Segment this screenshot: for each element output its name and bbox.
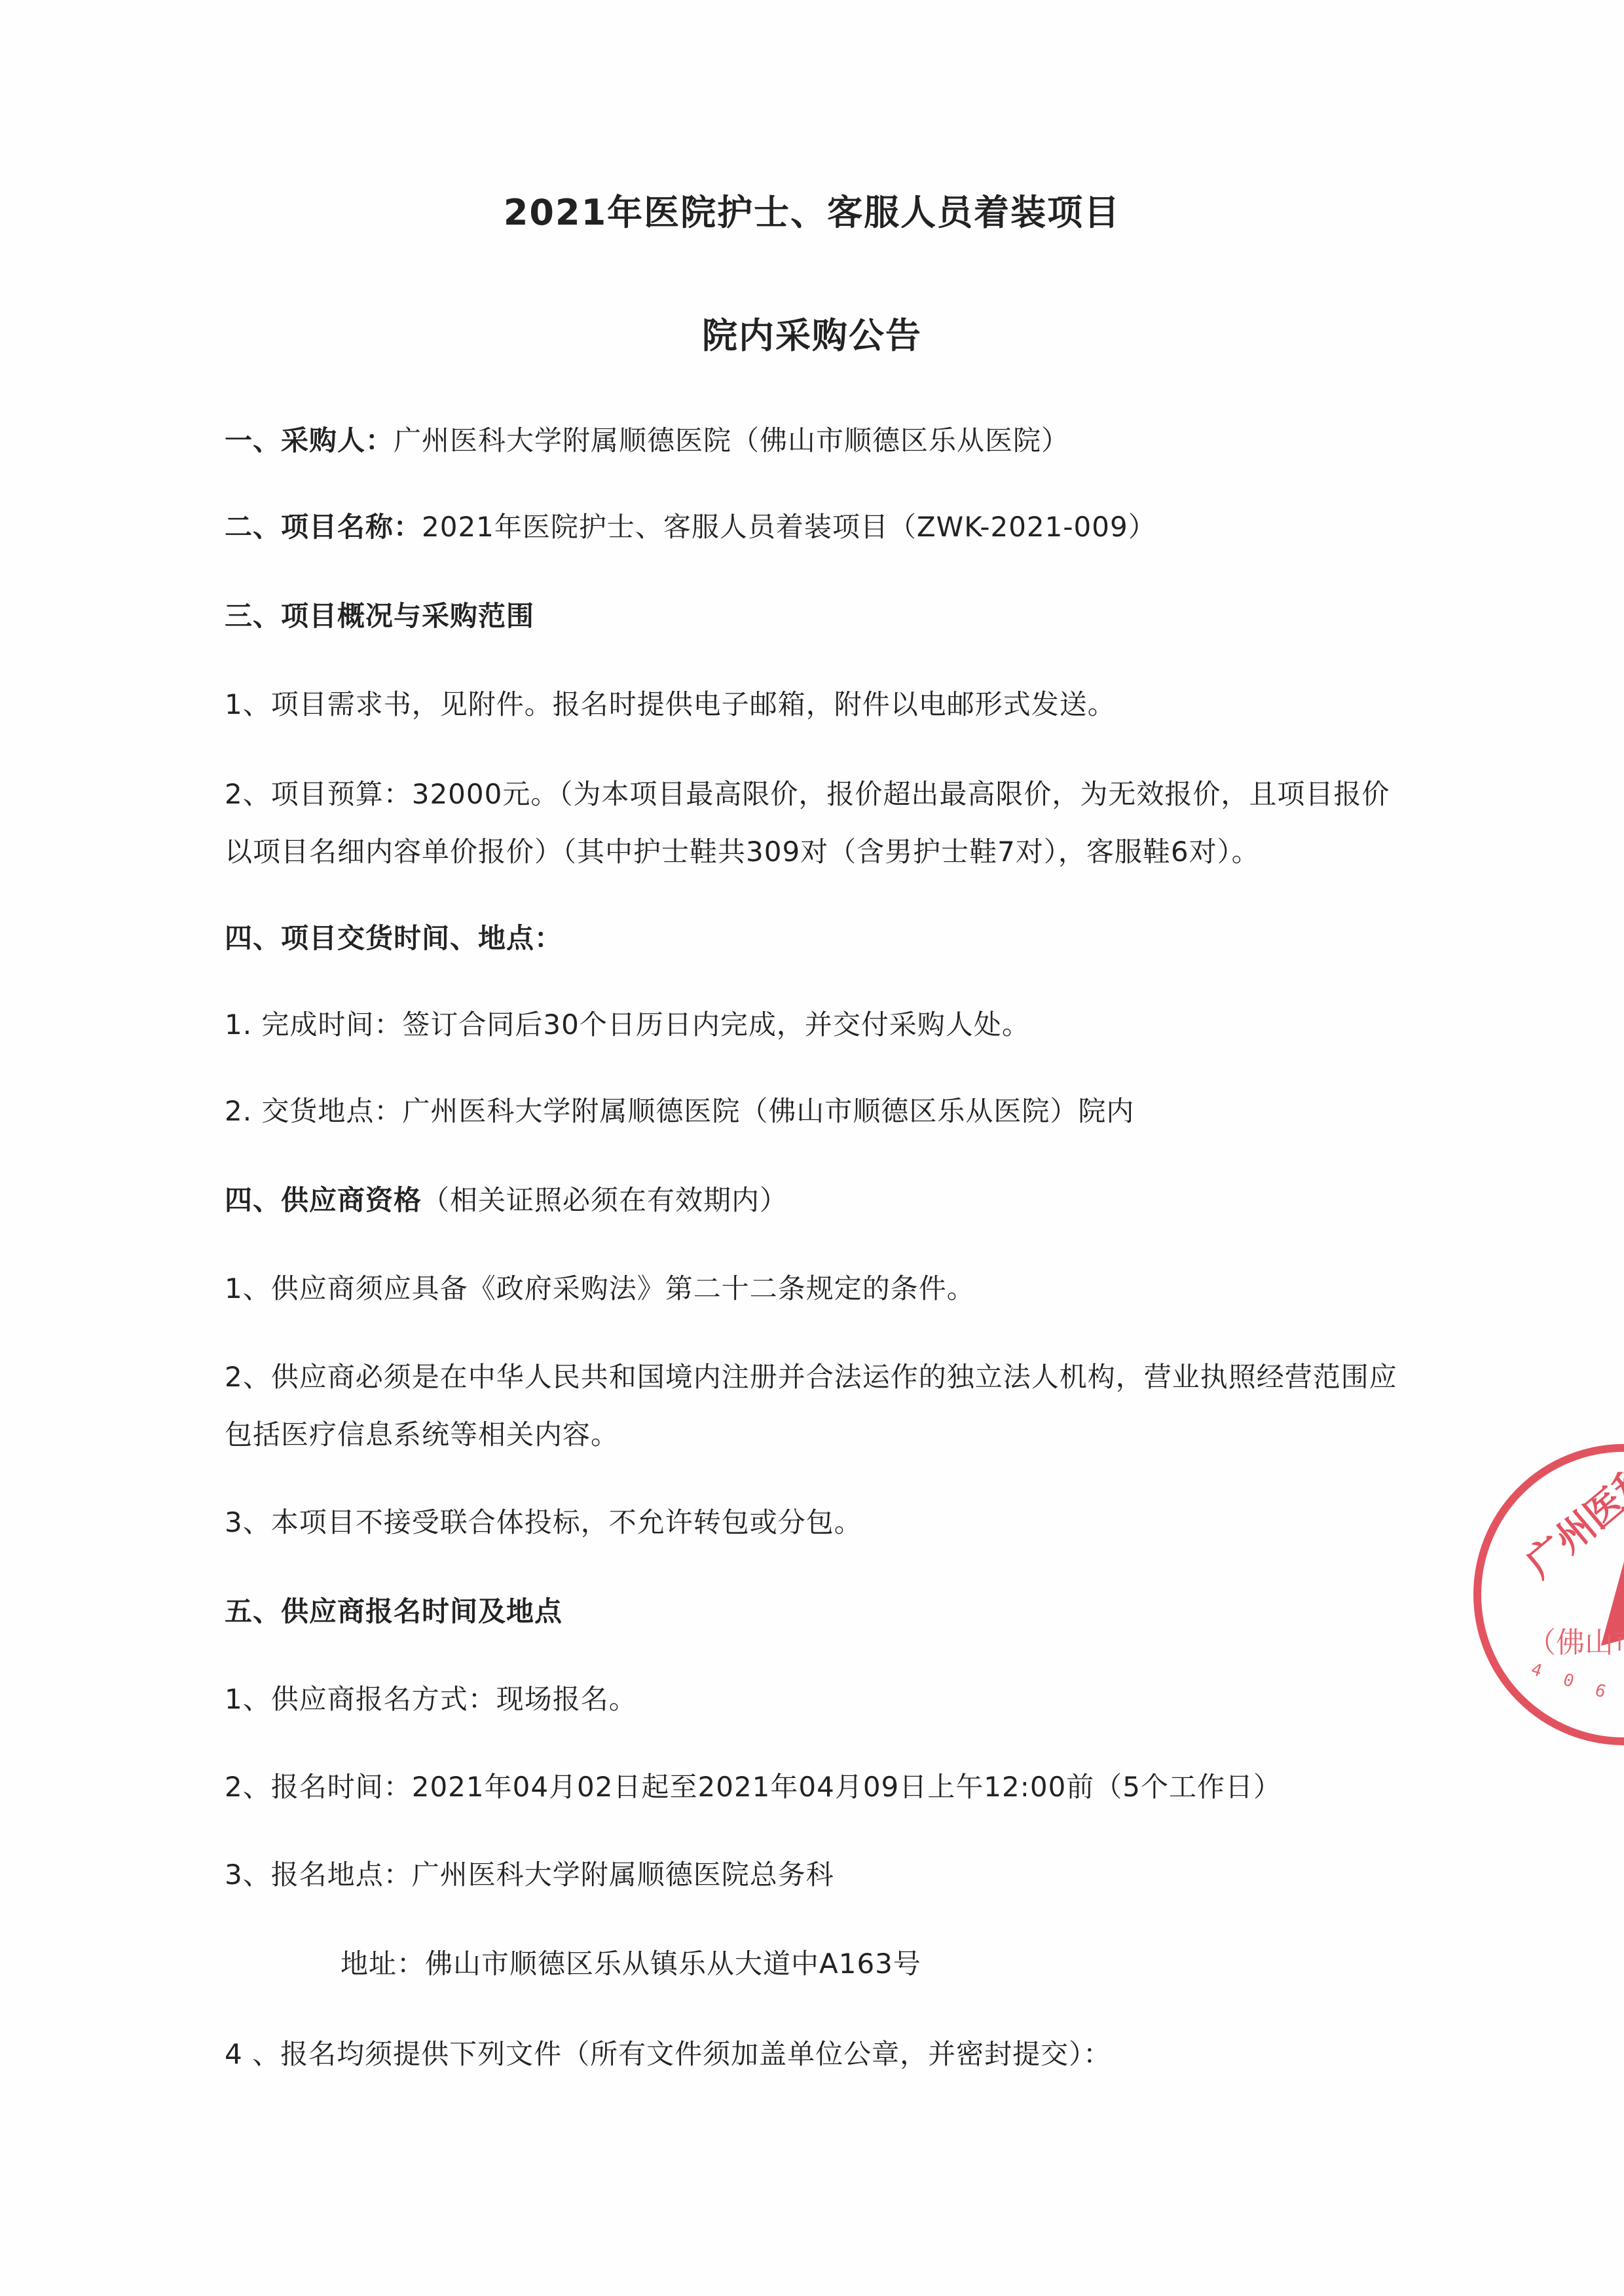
official-seal-stamp: 广州医科大 （佛山市顺 4 0 6 0 6 9 — [1473, 1444, 1624, 1745]
qualification-heading-note: （相关证照必须在有效期内） — [422, 1184, 788, 1216]
project-name-line: 二、项目名称：2021年医院护士、客服人员着装项目（ZWK-2021-009） — [225, 506, 1156, 545]
delivery-heading: 四、项目交货时间、地点： — [225, 917, 563, 956]
delivery-item-2: 2. 交货地点：广州医科大学附属顺德医院（佛山市顺德区乐从医院）院内 — [225, 1090, 1134, 1129]
qualification-item-1: 1、供应商须应具备《政府采购法》第二十二条规定的条件。 — [225, 1267, 975, 1306]
purchaser-line: 一、采购人：广州医科大学附属顺德医院（佛山市顺德区乐从医院） — [225, 419, 1069, 458]
qualification-item-3: 3、本项目不接受联合体投标，不允许转包或分包。 — [225, 1501, 862, 1540]
overview-item-2-line-1: 2、项目预算：32000元。（为本项目最高限价，报价超出最高限价，为无效报价，且… — [225, 773, 1390, 812]
document-title: 2021年医院护士、客服人员着装项目 — [0, 185, 1624, 235]
purchaser-label: 一、采购人： — [225, 424, 394, 456]
registration-item-3: 3、报名地点：广州医科大学附属顺德医院总务科 — [225, 1853, 834, 1893]
project-name-value: 2021年医院护士、客服人员着装项目（ZWK-2021-009） — [422, 511, 1156, 543]
registration-address: 地址：佛山市顺德区乐从镇乐从大道中A163号 — [341, 1942, 921, 1982]
overview-item-1: 1、项目需求书，见附件。报名时提供电子邮箱，附件以电邮形式发送。 — [225, 683, 1116, 722]
registration-item-1: 1、供应商报名方式：现场报名。 — [225, 1678, 637, 1717]
registration-item-2: 2、报名时间：2021年04月02日起至2021年04月09日上午12:00前（… — [225, 1766, 1282, 1805]
qualification-heading-line: 四、供应商资格（相关证照必须在有效期内） — [225, 1179, 788, 1218]
seal-number: 4 0 6 0 6 9 — [1528, 1659, 1624, 1735]
document-page: 2021年医院护士、客服人员着装项目 院内采购公告 一、采购人：广州医科大学附属… — [0, 0, 1624, 2296]
qualification-item-2-line-1: 2、供应商必须是在中华人民共和国境内注册并合法运作的独立法人机构，营业执照经营范… — [225, 1356, 1397, 1395]
overview-heading: 三、项目概况与采购范围 — [225, 595, 534, 634]
registration-item-4: 4 、报名均须提供下列文件（所有文件须加盖单位公章，并密封提交）： — [225, 2033, 1111, 2072]
delivery-item-1: 1. 完成时间：签订合同后30个日历日内完成，并交付采购人处。 — [225, 1003, 1030, 1043]
overview-item-2-line-2: 以项目名细内容单价报价）（其中护士鞋共309对（含男护士鞋7对），客服鞋6对）。 — [225, 830, 1260, 870]
document-subtitle: 院内采购公告 — [0, 308, 1624, 358]
registration-heading: 五、供应商报名时间及地点 — [225, 1590, 563, 1629]
qualification-item-2-line-2: 包括医疗信息系统等相关内容。 — [225, 1413, 619, 1453]
project-name-label: 二、项目名称： — [225, 511, 422, 543]
purchaser-value: 广州医科大学附属顺德医院（佛山市顺德区乐从医院） — [394, 424, 1069, 456]
qualification-heading: 四、供应商资格 — [225, 1184, 422, 1216]
seal-sub-text: （佛山市顺 — [1527, 1619, 1624, 1661]
